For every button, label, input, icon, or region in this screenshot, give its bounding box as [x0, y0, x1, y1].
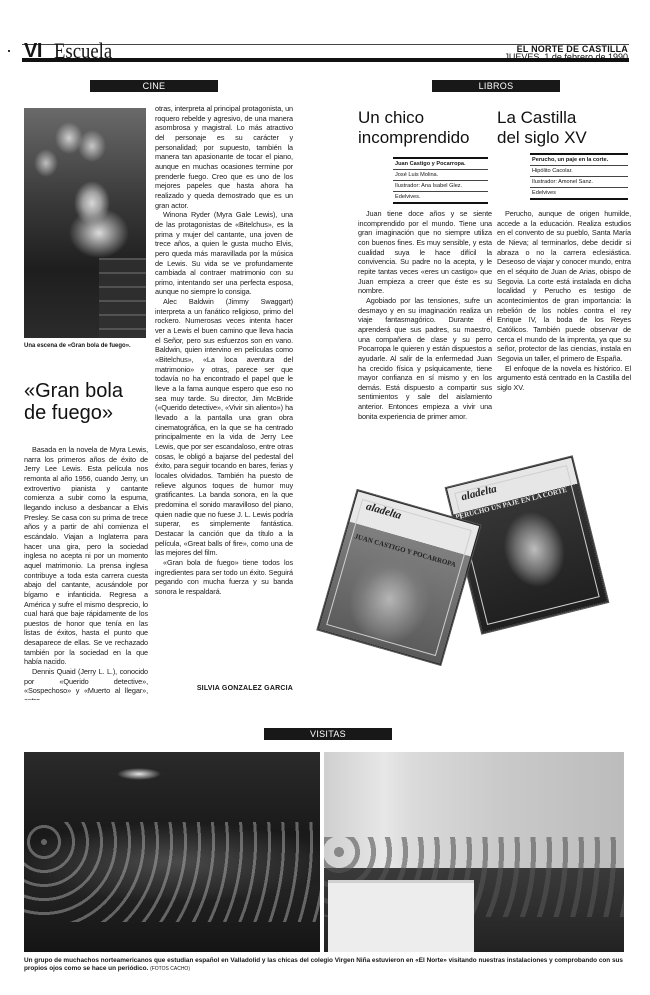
book1-review-text: Juan tiene doce años y se siente incompr…: [358, 209, 492, 421]
group-photo-girls-school: [324, 752, 624, 952]
headline-line-1: «Gran bola: [24, 380, 150, 402]
cover-frame: [326, 499, 472, 656]
margin-mark: [8, 50, 10, 52]
masthead-bottom-rule: [22, 58, 629, 62]
book-title: Juan Castigo y Pocarropa.: [393, 159, 488, 170]
book-title: Perucho, un paje en la corte.: [530, 155, 628, 166]
paragraph: Dennis Quaid (Jerry L. L.), conocido por…: [24, 667, 148, 700]
photo-desk-detail: [328, 880, 474, 952]
section-label-cine: CINE: [90, 80, 218, 92]
book1-headline: Un chico incomprendido: [358, 108, 498, 148]
paragraph: Agobiado por las tensiones, sufre un des…: [358, 296, 492, 422]
book-publisher: Edelvives: [530, 188, 628, 198]
group-photo-students: [24, 752, 320, 952]
headline-line-2: del siglo XV: [497, 128, 632, 148]
article-column-1: Basada en la novela de Myra Lewis, narra…: [24, 445, 148, 700]
headline-line-1: Un chico: [358, 108, 498, 128]
book-author: José Luis Molina.: [393, 170, 488, 181]
photo-stairs-detail: [99, 258, 146, 338]
paragraph: El enfoque de la novela es histórico. El…: [497, 364, 631, 393]
headline-line-2: incomprendido: [358, 128, 498, 148]
paragraph: Basada en la novela de Myra Lewis, narra…: [24, 445, 148, 667]
headline-line-1: La Castilla: [497, 108, 632, 128]
paragraph: otras, interpreta al principal protagoni…: [155, 104, 293, 210]
caption-text: Un grupo de muchachos norteamericanos qu…: [24, 957, 623, 972]
visitas-caption: Un grupo de muchachos norteamericanos qu…: [24, 957, 628, 973]
photo-credit: (FOTOS CACHO): [150, 966, 190, 972]
book1-info-box: Juan Castigo y Pocarropa. José Luis Moli…: [393, 157, 488, 204]
book-illustrator: Ilustrador: Ana Isabel Glez.: [393, 181, 488, 192]
film-scene-photo: [24, 108, 146, 338]
author-byline: SILVIA GONZALEZ GARCIA: [155, 685, 293, 692]
book2-headline: La Castilla del siglo XV: [497, 108, 632, 148]
section-label-visitas: VISITAS: [264, 728, 392, 740]
book-author: Hipólito Cacolar.: [530, 166, 628, 177]
paragraph: Winona Ryder (Myra Gale Lewis), una de l…: [155, 210, 293, 297]
paragraph: Juan tiene doce años y se siente incompr…: [358, 209, 492, 296]
section-label-libros: LIBROS: [432, 80, 560, 92]
book-publisher: Edelvives.: [393, 192, 488, 202]
article-headline: «Gran bola de fuego»: [24, 380, 150, 424]
photo-crowd-detail: [24, 822, 320, 922]
paragraph: Alec Baldwin (Jimmy Swaggart) interpreta…: [155, 297, 293, 558]
book-illustrator: Ilustrador: Amonel Sanz.: [530, 177, 628, 188]
paragraph: Perucho, aunque de origen humilde, acced…: [497, 209, 631, 364]
book2-info-box: Perucho, un paje en la corte. Hipólito C…: [530, 153, 628, 200]
article-column-2: otras, interpreta al principal protagoni…: [155, 104, 293, 672]
paragraph: «Gran bola de fuego» tiene todos los ing…: [155, 558, 293, 597]
book2-review-text: Perucho, aunque de origen humilde, acced…: [497, 209, 631, 392]
photo-caption: Una escena de «Gran bola de fuego».: [24, 343, 150, 349]
headline-line-2: de fuego»: [24, 402, 150, 424]
